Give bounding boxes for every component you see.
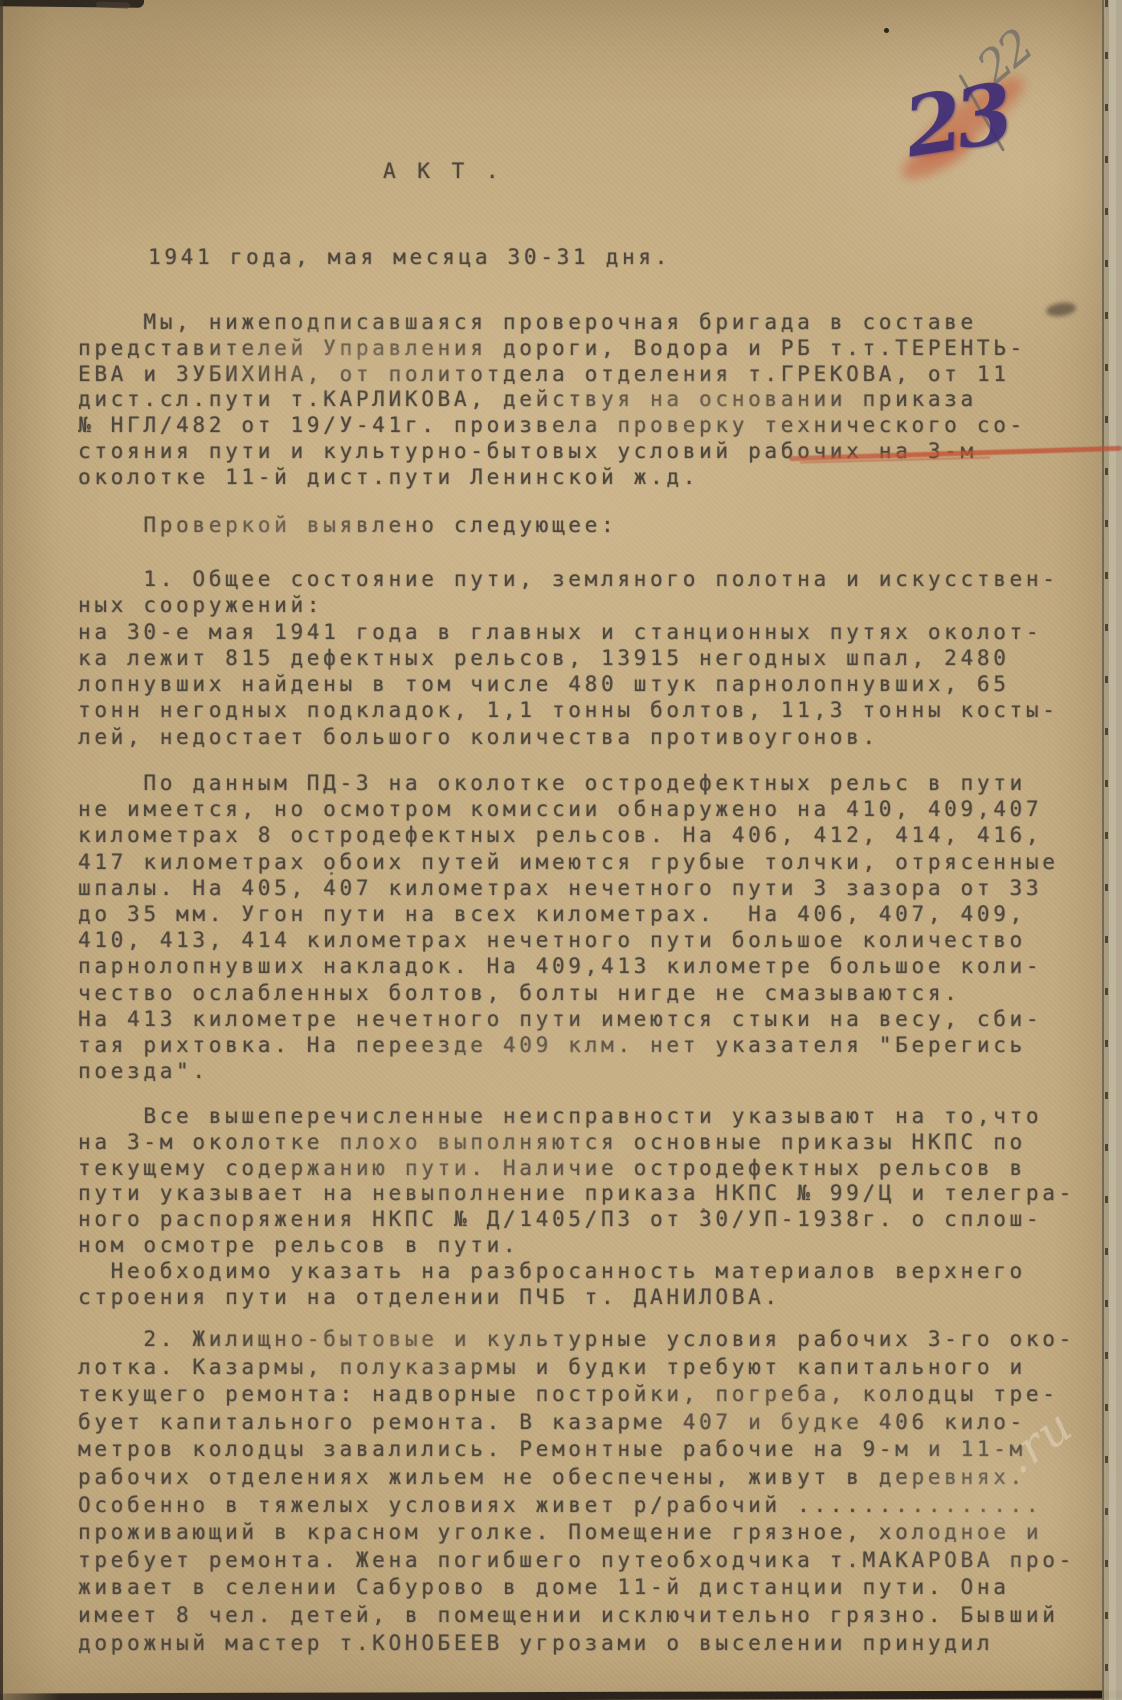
- paragraph-track-condition: 1. Общее состояние пути, земляного полот…: [78, 566, 1059, 750]
- document-title: А К Т .: [383, 158, 503, 184]
- paragraph-defects-detail: По данным ПД-3 на околотке остродефектны…: [78, 770, 1059, 1084]
- page-left-edge: [0, 0, 3, 1700]
- ink-smear: [1045, 301, 1077, 318]
- paragraph-living-conditions: 2. Жилищно-бытовые и культурные условия …: [78, 1326, 1075, 1657]
- scanned-document-page: 22 23 А К Т . 1941 года, мая месяца 30-3…: [0, 0, 1122, 1700]
- dust-speck: [884, 28, 889, 33]
- paragraph-conclusions: Все вышеперечисленные неисправности указ…: [78, 1104, 1075, 1310]
- line-inspection-revealed: Проверкой выявлено следующее:: [78, 512, 617, 538]
- handwritten-page-number-ink: 23: [899, 73, 1013, 170]
- torn-top-edge-notch: [96, 1, 130, 8]
- document-date-line: 1941 года, мая месяца 30-31 дня.: [148, 244, 671, 270]
- binding-stitch-marks: [1105, 0, 1108, 1700]
- page-bottom-edge: [0, 1691, 1122, 1700]
- paragraph-commission-intro: Мы, нижеподписавшаяся проверочная бригад…: [78, 310, 1026, 491]
